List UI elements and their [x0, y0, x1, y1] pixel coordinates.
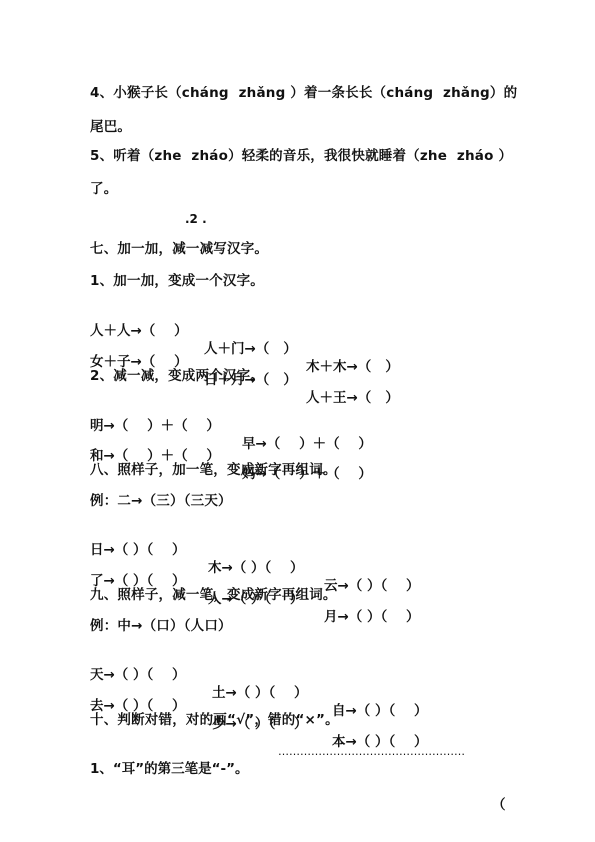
- section10-item-1: 1、“耳”的第三笔是“-”。 …………………………………………… （: [90, 742, 109, 832]
- split-exercise: 早→（ ）＋（ ）: [242, 435, 372, 453]
- split-exercise: 明→（ ）＋（ ）: [90, 417, 220, 435]
- q5-line2: 了。: [90, 180, 117, 198]
- section9-example: 例：中→（口）（人口）: [90, 617, 232, 635]
- section7-part1-title: 1、加一加，变成一个汉字。: [90, 272, 264, 290]
- add-exercise: 人＋王→（ ）: [306, 389, 399, 407]
- worksheet-page: 4、小猴子长（cháng zhǎng ）着一条长长（cháng zhǎng）的 …: [0, 0, 595, 842]
- add-stroke-exercise: 云→（ ）（ ）: [324, 577, 420, 595]
- remove-stroke-exercise: 土→（ ）（ ）: [212, 684, 308, 702]
- section7-part2-title: 2、减一减，变成两个汉字。: [90, 367, 264, 385]
- add-exercise: 木＋木→（ ）: [306, 358, 399, 376]
- section10-title: 十、判断对错，对的画“√”，错的“×”。: [90, 711, 339, 729]
- q5-line1: 5、听着（zhe zháo）轻柔的音乐，我很快就睡着（zhe zháo ）: [90, 147, 512, 165]
- q4-line2: 尾巴。: [90, 118, 131, 136]
- q4-line1: 4、小猴子长（cháng zhǎng ）着一条长长（cháng zhǎng）的: [90, 84, 517, 102]
- answer-bracket: （: [492, 796, 506, 814]
- true-false-statement: 1、“耳”的第三笔是“-”。: [90, 760, 249, 778]
- remove-stroke-exercise: 自→（ ）（ ）: [332, 702, 428, 720]
- section8-title: 八、照样子，加一笔，变成新字再组词。: [90, 461, 337, 479]
- section7-title: 七、加一加，减一减写汉字。: [90, 240, 268, 258]
- page-number: .2 .: [185, 212, 207, 226]
- add-exercise: 人＋门→（ ）: [204, 340, 297, 358]
- dotted-leader: ……………………………………………: [278, 743, 465, 761]
- add-stroke-exercise: 木→（ ）（ ）: [208, 559, 304, 577]
- section9-title: 九、照样子，减一笔，变成新字再组词。: [90, 586, 337, 604]
- section8-example: 例：二→（三）（三天）: [90, 492, 232, 510]
- add-stroke-exercise: 月→（ ）（ ）: [324, 608, 420, 626]
